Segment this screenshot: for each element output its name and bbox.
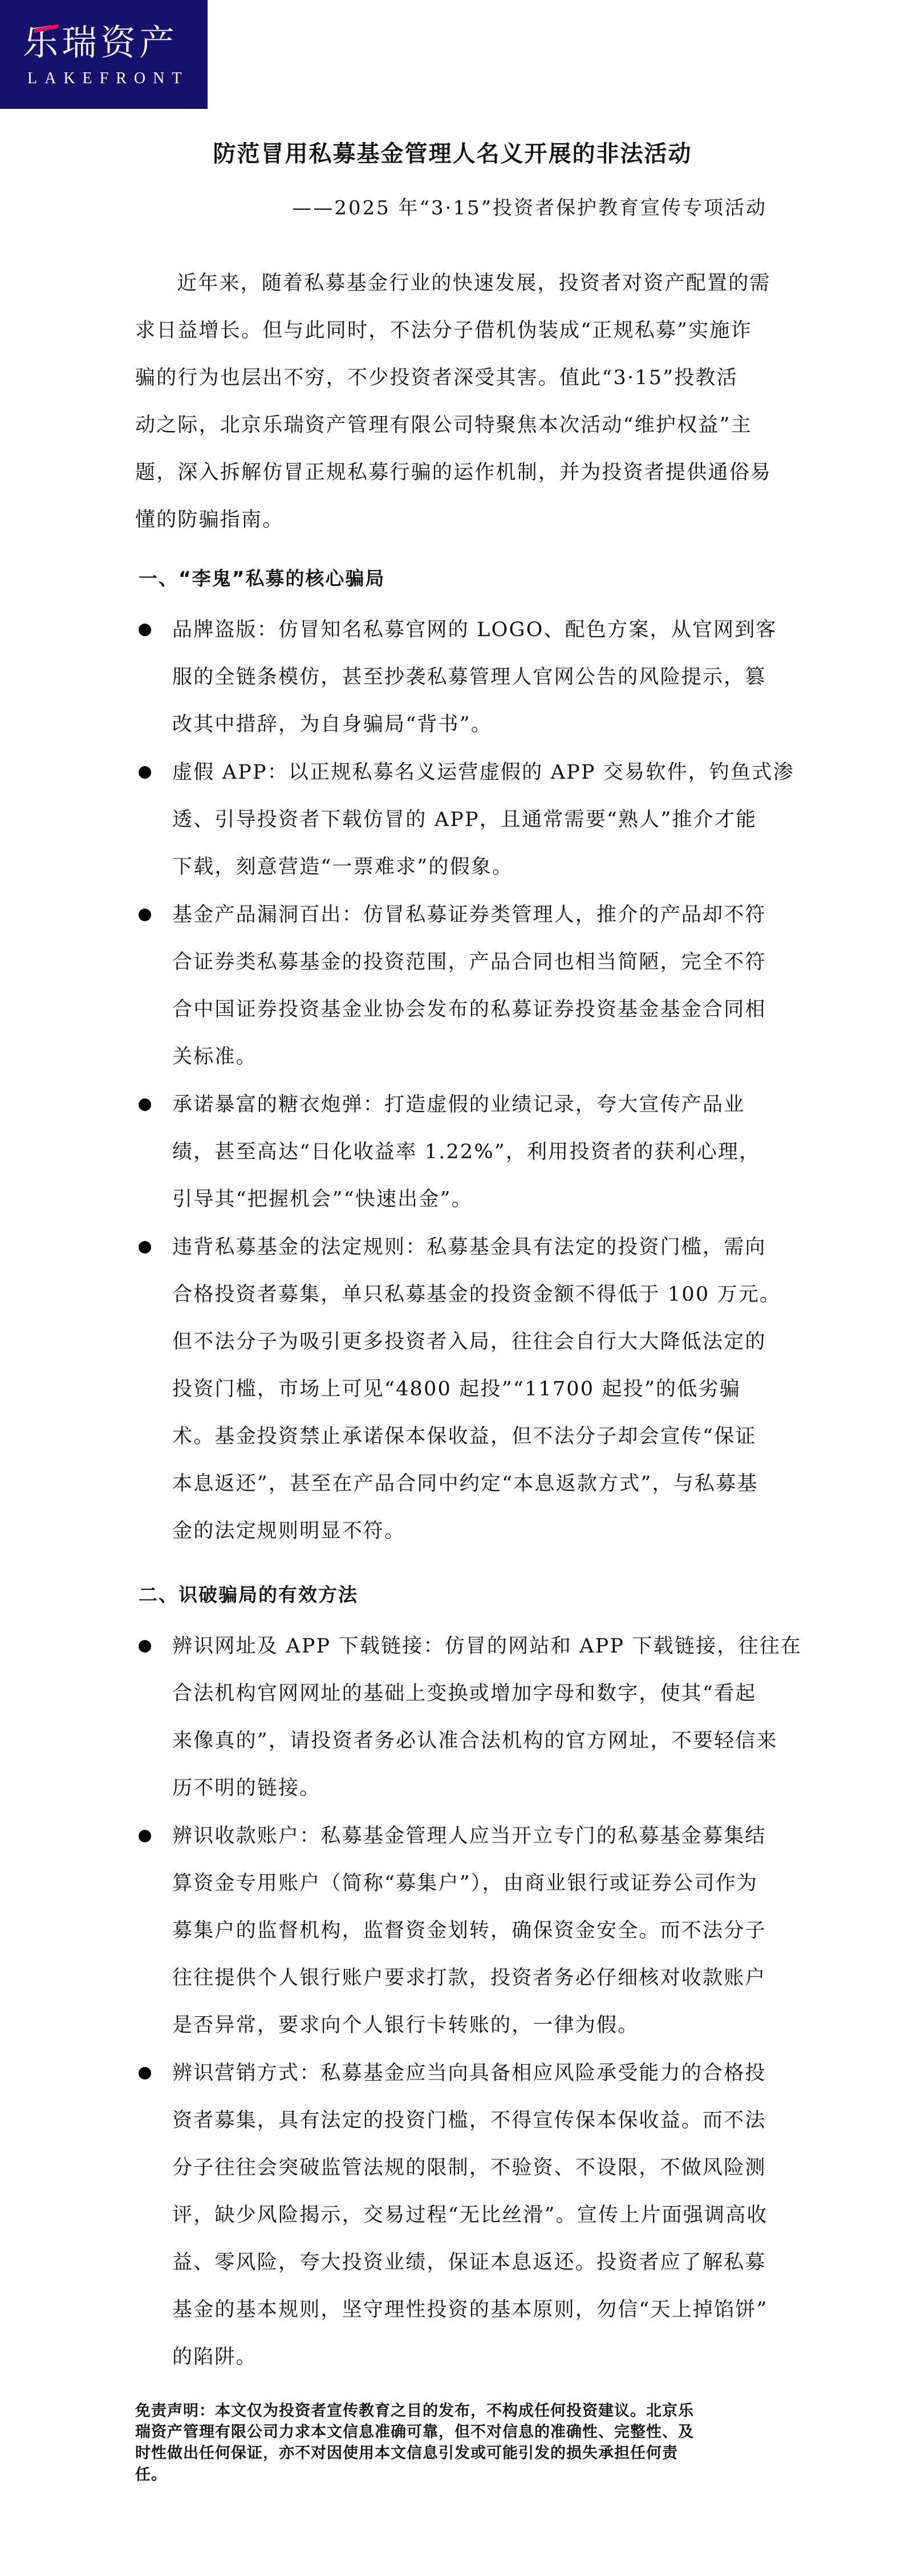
bullet-line: 合法机构官网网址的基础上变换或增加字母和数字，使其“看起 [172, 1681, 757, 1706]
bullet-line: 但不法分子为吸引更多投资者入局，往往会自行大大降低法定的 [172, 1329, 766, 1354]
bullet-line: 益、零风险，夸大投资业绩，保证本息返还。投资者应了解私募 [172, 2250, 766, 2275]
bullet-dot-icon [139, 1640, 151, 1653]
bullet-line: 品牌盗版：仿冒知名私募官网的 LOGO、配色方案，从官网到客 [172, 617, 777, 642]
page-title: 防范冒用私募基金管理人名义开展的非法活动 [0, 141, 905, 166]
bullet-dot-icon [139, 766, 151, 779]
bullet-dot-icon [139, 2067, 151, 2079]
bullet-line: 合证券类私募基金的投资范围，产品合同也相当简陋，完全不符 [172, 950, 766, 975]
bullet-line: 基金的基本规则，坚守理性投资的基本原则，勿信“天上掉馅饼” [172, 2297, 768, 2322]
intro-line: 求日益增长。但与此同时，不法分子借机伪装成“正规私募”实施诈 [135, 318, 752, 343]
bullet-line: 术。基金投资禁止承诺保本保收益，但不法分子却会宣传“保证 [172, 1424, 757, 1449]
bullet-line: 虚假 APP：以正规私募名义运营虚假的 APP 交易软件，钓鱼式渗 [172, 760, 794, 785]
intro-line: 骗的行为也层出不穷，不少投资者深受其害。值此“3·15”投教活 [135, 365, 738, 390]
bullet-line: 资者募集，具有法定的投资门槛，不得宣传保本保收益。而不法 [172, 2108, 766, 2133]
bullet-line: 下载，刻意营造“一票难求”的假象。 [172, 854, 513, 880]
bullet-line: 往往提供个人银行账户要求打款，投资者务必仔细核对收款账户 [172, 1965, 766, 1991]
bullet-line: 投资门槛，市场上可见“4800 起投”“11700 起投”的低劣骗 [172, 1377, 741, 1402]
bullet-line: 分子往往会突破监管法规的限制，不验资、不设限，不做风险测 [172, 2155, 766, 2180]
bullet-line: 改其中措辞，为自身骗局“背书”。 [172, 712, 492, 737]
bullet-line: 绩，甚至高达“日化收益率 1.22%”，利用投资者的获利心理， [172, 1140, 760, 1165]
bullet-line: 服的全链条模仿，甚至抄袭私募管理人官网公告的风险提示，篡 [172, 665, 766, 690]
logo-english-name: LAKEFRONT [27, 70, 189, 88]
bullet-dot-icon [139, 1830, 151, 1842]
bullet-line: 辨识收款账户：私募基金管理人应当开立专门的私募基金募集结 [172, 1824, 766, 1849]
bullet-line: 历不明的链接。 [172, 1776, 320, 1801]
bullet-line: 金的法定规则明显不符。 [172, 1519, 405, 1544]
bullet-dot-icon [139, 909, 151, 921]
company-logo: 乐瑞资产 LAKEFRONT [0, 0, 208, 109]
bullet-line: 募集户的监督机构，监督资金划转，确保资金安全。而不法分子 [172, 1918, 766, 1943]
bullet-line: 来像真的”，请投资者务必认准合法机构的官方网址，不要轻信来 [172, 1728, 778, 1753]
bullet-line: 的陷阱。 [172, 2345, 257, 2370]
bullet-line: 辨识营销方式：私募基金应当向具备相应风险承受能力的合格投 [172, 2061, 766, 2086]
bullet-line: 引导其“把握机会”“快速出金”。 [172, 1187, 473, 1212]
disclaimer-line: 瑞资产管理有限公司力求本文信息准确可靠，但不对信息的准确性、完整性、及 [135, 2422, 694, 2443]
bullet-line: 评，缺少风险揭示，交易过程“无比丝滑”。宣传上片面强调高收 [172, 2203, 768, 2228]
page-subtitle: ——2025 年“3·15”投资者保护教育宣传专项活动 [292, 196, 767, 221]
section-heading: 二、识破骗局的有效方法 [139, 1582, 358, 1608]
bullet-line: 算资金专用账户（简称“募集户”），由商业银行或证券公司作为 [172, 1871, 758, 1896]
disclaimer-line: 免责声明：本文仅为投资者宣传教育之目的发布，不构成任何投资建议。北京乐 [135, 2400, 694, 2422]
bullet-line: 透、引导投资者下载仿冒的 APP，且通常需要“熟人”推介才能 [172, 807, 757, 832]
bullet-dot-icon [139, 1098, 151, 1111]
bullet-dot-icon [139, 1241, 151, 1254]
section-heading: 一、“李鬼”私募的核心骗局 [139, 566, 385, 591]
intro-line: 动之际，北京乐瑞资产管理有限公司特聚焦本次活动“维护权益”主 [135, 413, 752, 438]
bullet-line: 本息返还”，甚至在产品合同中约定“本息返款方式”，与私募基 [172, 1471, 758, 1496]
bullet-line: 承诺暴富的糖衣炮弹：打造虚假的业绩记录，夸大宣传产品业 [172, 1092, 745, 1117]
intro-line: 近年来，随着私募基金行业的快速发展，投资者对资产配置的需 [177, 271, 771, 296]
intro-line: 懂的防骗指南。 [135, 507, 283, 532]
disclaimer-line: 时性做出任何保证，亦不对因使用本文信息引发或可能引发的损失承担任何责 [135, 2443, 678, 2464]
bullet-line: 辨识网址及 APP 下载链接：仿冒的网站和 APP 下载链接，往往在 [172, 1634, 802, 1659]
disclaimer-line: 任。 [135, 2464, 167, 2485]
bullet-line: 关标准。 [172, 1044, 257, 1069]
bullet-line: 合中国证券投资基金业协会发布的私募证券投资基金基金合同相 [172, 997, 766, 1022]
bullet-dot-icon [139, 624, 151, 636]
intro-line: 题，深入拆解仿冒正规私募行骗的运作机制，并为投资者提供通俗易 [135, 460, 772, 485]
bullet-line: 合格投资者募集，单只私募基金的投资金额不得低于 100 万元。 [172, 1282, 781, 1307]
bullet-line: 基金产品漏洞百出：仿冒私募证券类管理人，推介的产品却不符 [172, 902, 766, 927]
bullet-line: 是否异常，要求向个人银行卡转账的，一律为假。 [172, 2013, 639, 2038]
bullet-line: 违背私募基金的法定规则：私募基金具有法定的投资门槛，需向 [172, 1235, 766, 1260]
